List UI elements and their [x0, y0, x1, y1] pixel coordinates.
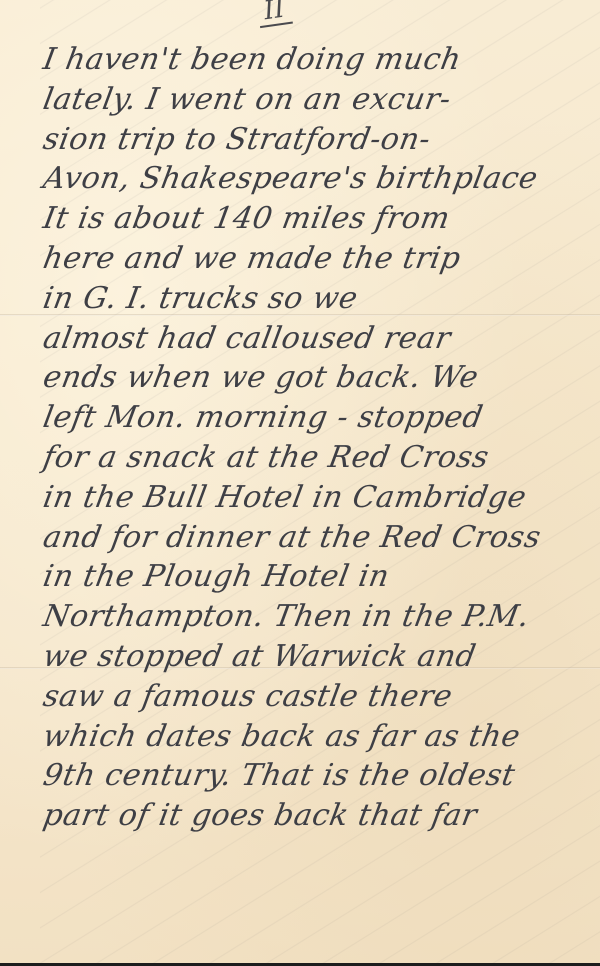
- handwritten-line: in the Bull Hotel in Cambridge: [40, 478, 600, 518]
- letter-page: II I haven't been doing much lately. I w…: [0, 0, 600, 966]
- handwritten-line: It is about 140 miles from: [40, 199, 600, 239]
- handwritten-line: part of it goes back that far: [40, 796, 600, 836]
- handwritten-line: I haven't been doing much: [40, 40, 600, 80]
- handwritten-line: left Mon. morning - stopped: [40, 398, 600, 438]
- handwritten-line: Avon, Shakespeare's birthplace: [40, 159, 600, 199]
- handwritten-line: in the Plough Hotel in: [40, 557, 600, 597]
- handwritten-line: saw a famous castle there: [40, 677, 600, 717]
- handwritten-line: which dates back as far as the: [40, 717, 600, 757]
- handwritten-line: ends when we got back. We: [40, 358, 600, 398]
- page-number: II: [256, 0, 292, 28]
- handwritten-line: almost had calloused rear: [40, 319, 600, 359]
- handwritten-line: we stopped at Warwick and: [40, 637, 600, 677]
- handwritten-line: 9th century. That is the oldest: [40, 756, 600, 796]
- handwritten-line: and for dinner at the Red Cross: [40, 518, 600, 558]
- handwritten-line: here and we made the trip: [40, 239, 600, 279]
- handwritten-line: Northampton. Then in the P.M.: [40, 597, 600, 637]
- handwritten-line: lately. I went on an excur-: [40, 80, 600, 120]
- handwritten-line: sion trip to Stratford-on-: [40, 120, 600, 160]
- handwritten-line: for a snack at the Red Cross: [40, 438, 600, 478]
- handwritten-line: in G. I. trucks so we: [40, 279, 600, 319]
- letter-body: I haven't been doing much lately. I went…: [40, 40, 600, 836]
